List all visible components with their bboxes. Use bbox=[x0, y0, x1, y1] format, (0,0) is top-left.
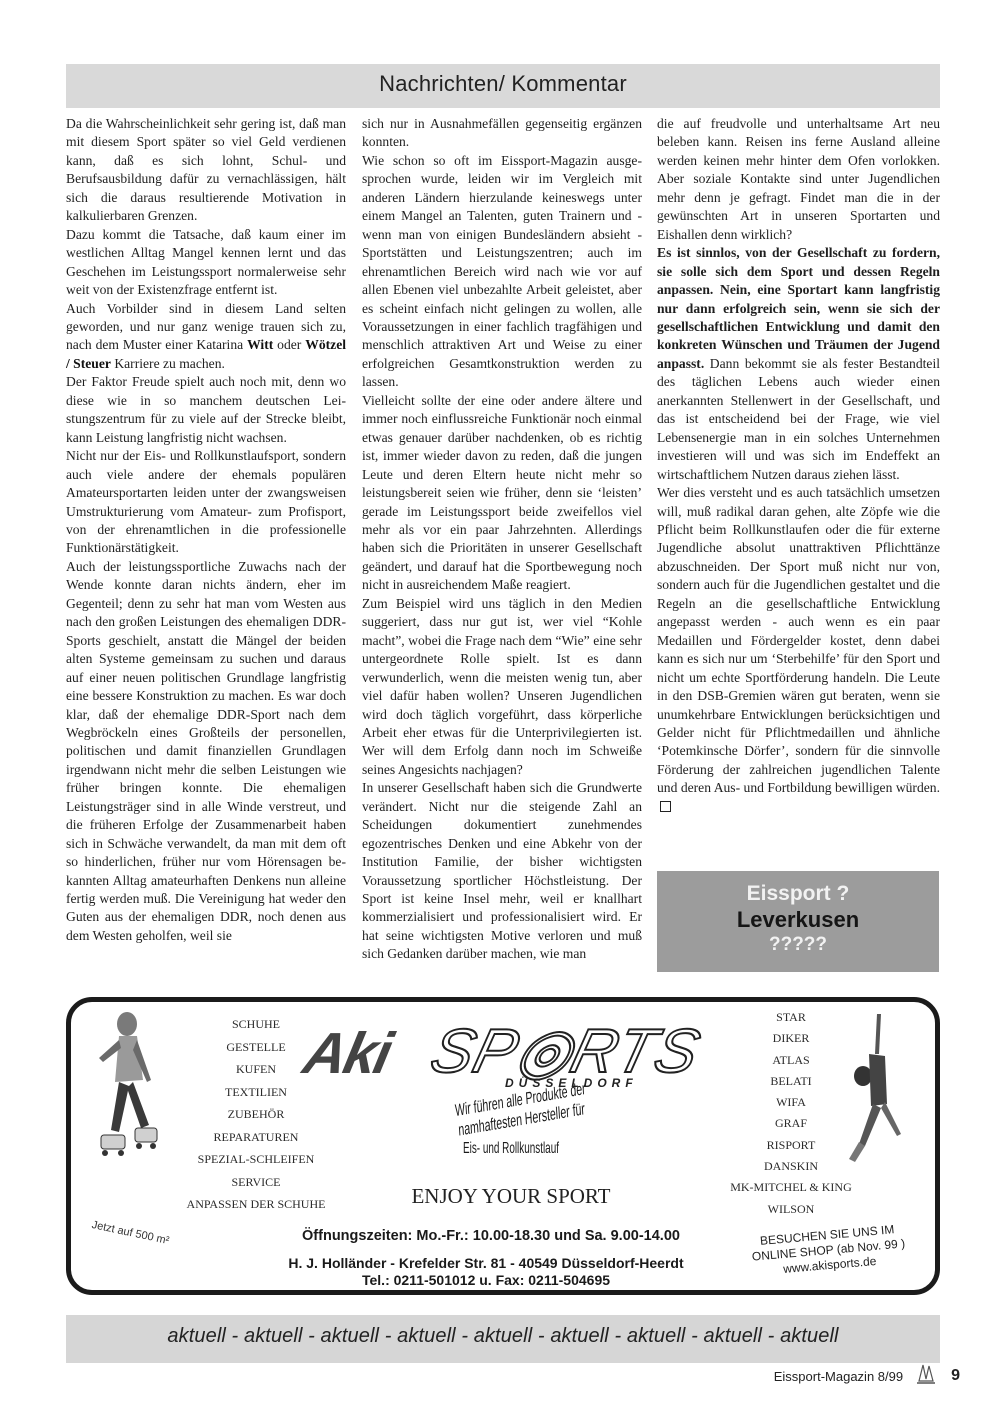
brand-item: WILSON bbox=[696, 1199, 886, 1220]
phone-fax: Tel.: 0211-501012 u. Fax: 0211-504695 bbox=[221, 1272, 751, 1289]
service-item: SERVICE bbox=[171, 1171, 341, 1194]
section-title: Nachrichten/ Kommentar bbox=[66, 71, 940, 97]
paragraph: In unserer Gesellschaft haben sich die G… bbox=[362, 779, 642, 964]
ad-slogan-2: Eis- und Rollkunstlauf bbox=[461, 1140, 560, 1158]
paragraph: Zum Beispiel wird uns täglich in den Med… bbox=[362, 595, 642, 780]
paragraph: Nicht nur der Eis- und Rollkunstlaufspor… bbox=[66, 447, 346, 558]
section-header: Nachrichten/ Kommentar bbox=[66, 64, 940, 108]
logo-aki: Aki bbox=[298, 1020, 397, 1087]
bold-statement: Es ist sinnlos, von der Gesellschaft zu … bbox=[657, 245, 940, 371]
brand-item: MK-MITCHEL & KING bbox=[696, 1177, 886, 1198]
service-item: ANPASSEN DER SCHUHE bbox=[171, 1193, 341, 1216]
magazine-issue: Eissport-Magazin 8/99 bbox=[774, 1369, 903, 1384]
shop-address: H. J. Holländer - Krefelder Str. 81 - 40… bbox=[221, 1255, 751, 1289]
end-of-article-icon bbox=[660, 801, 671, 812]
service-item: REPARATUREN bbox=[171, 1126, 341, 1149]
opening-hours: Öffnungszeiten: Mo.-Fr.: 10.00-18.30 und… bbox=[241, 1228, 741, 1244]
advertisement-aki-sports: SCHUHE GESTELLE KUFEN TEXTILIEN ZUBEHÖR … bbox=[66, 997, 940, 1295]
address-line: H. J. Holländer - Krefelder Str. 81 - 40… bbox=[221, 1255, 751, 1272]
paragraph: Dazu kommt die Tatsache, daß kaum einer … bbox=[66, 226, 346, 300]
service-item: SPEZIAL-SCHLEIFEN bbox=[171, 1148, 341, 1171]
promo-box: Eissport ? Leverkusen ????? bbox=[657, 871, 939, 972]
service-item: ZUBEHÖR bbox=[171, 1103, 341, 1126]
paragraph: Wie schon so oft im Eissport-Magazin aus… bbox=[362, 152, 642, 392]
paragraph: Vielleicht sollte der eine oder andere ä… bbox=[362, 392, 642, 595]
paragraph: Auch der leistungssportliche Zuwachs nac… bbox=[66, 558, 346, 946]
paragraph: Da die Wahrscheinlichkeit sehr gering is… bbox=[66, 115, 346, 226]
magazine-logo-icon bbox=[915, 1363, 937, 1390]
promo-line-3: ????? bbox=[657, 933, 939, 957]
ticker-bar: aktuell - aktuell - aktuell - aktuell - … bbox=[66, 1315, 940, 1363]
shop-size-note: Jetzt auf 500 m² bbox=[91, 1219, 171, 1247]
page-number: 9 bbox=[951, 1367, 960, 1385]
online-shop-note: BESUCHEN SIE UNS IM ONLINE SHOP (ab Nov.… bbox=[734, 1220, 922, 1281]
paragraph: die auf freudvolle und unterhaltsame Art… bbox=[657, 115, 940, 244]
paragraph: Es ist sinnlos, von der Gesellschaft zu … bbox=[657, 244, 940, 484]
name-witt: Witt bbox=[247, 337, 273, 352]
page-footer: Eissport-Magazin 8/99 9 bbox=[774, 1364, 960, 1388]
ticker-text: aktuell - aktuell - aktuell - aktuell - … bbox=[66, 1325, 940, 1348]
promo-line-1: Eissport ? bbox=[657, 881, 939, 907]
article-column-3: die auf freudvolle und unterhaltsame Art… bbox=[657, 115, 940, 816]
figure-skater-image-icon bbox=[841, 1014, 911, 1179]
paragraph: Der Faktor Freude spielt auch noch mit, … bbox=[66, 373, 346, 447]
paragraph: sich nur in Ausnahmefällen gegenseitig e… bbox=[362, 115, 642, 152]
article-column-1: Da die Wahrscheinlichkeit sehr gering is… bbox=[66, 115, 346, 945]
article-column-2: sich nur in Ausnahmefällen gegenseitig e… bbox=[362, 115, 642, 964]
ad-tagline: ENJOY YOUR SPORT bbox=[361, 1184, 661, 1209]
promo-line-2: Leverkusen bbox=[657, 907, 939, 933]
paragraph: Wer dies versteht und es auch tatsächlic… bbox=[657, 484, 940, 816]
roller-skater-image-icon bbox=[89, 1010, 169, 1185]
paragraph: Auch Vorbilder sind in diesem Land selte… bbox=[66, 300, 346, 374]
aki-sports-logo: Aki SP◎RTS DÜSSELDORF bbox=[305, 1010, 685, 1090]
